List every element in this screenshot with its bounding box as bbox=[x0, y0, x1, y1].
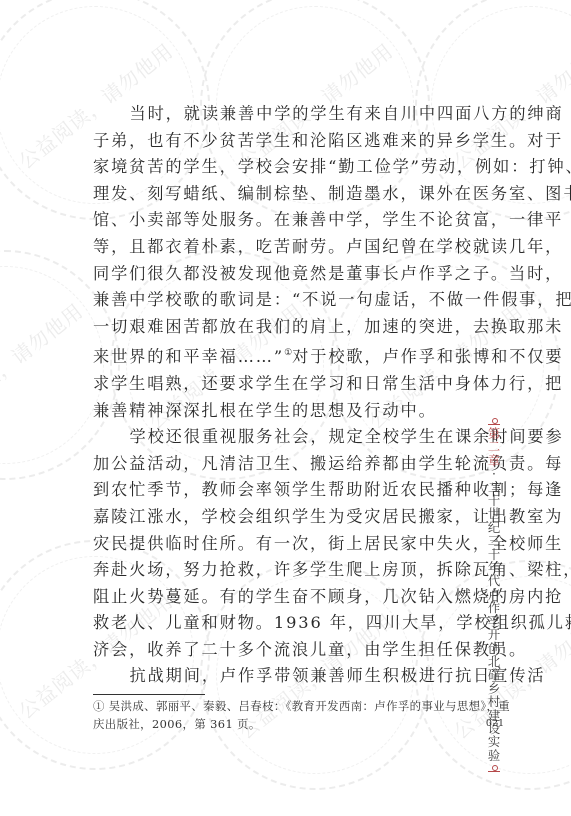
text-line: 来世界的和平幸福……”①对于校歌，卢作孚和张博和不仅要 bbox=[93, 340, 461, 371]
title-char: 村 bbox=[485, 696, 503, 709]
text-line: 当时，就读兼善中学的学生有来自川中四面八方的绅商 bbox=[93, 101, 461, 128]
title-char: 孚 bbox=[485, 616, 503, 629]
title-char: 年 bbox=[485, 562, 503, 575]
chapter-separator: · bbox=[485, 468, 503, 481]
paragraph-3: 抗战期间，卢作孚带领兼善师生积极进行抗日宣传活 bbox=[93, 663, 461, 690]
text-line: 兼善精神深深扎根在学生的思想及行动中。 bbox=[93, 398, 461, 425]
watermark-text: 公益阅读，请勿他用 bbox=[0, 295, 88, 434]
text-line: 嘉陵江涨水，学校会组织学生为受灾居民搬家，让出教室为 bbox=[93, 504, 461, 531]
text-line: 馆、小卖部等处服务。在兼善中学，学生不论贫富，一律平 bbox=[93, 207, 461, 234]
text-line: 学校还很重视服务社会，规定全校学生在课余时间要参 bbox=[93, 424, 461, 451]
title-char: 纪 bbox=[485, 522, 503, 535]
text-line: 同学们很久都没被发现他竟然是董事长卢作孚之子。当时， bbox=[93, 261, 461, 288]
title-char: 验 bbox=[485, 750, 503, 763]
text-line: 等，且都衣着朴素，吃苦耐劳。卢国纪曾在学校就读几年， bbox=[93, 234, 461, 261]
text-line: 济会，收养了二十多个流浪儿童，由学生担任保教员。 bbox=[93, 637, 461, 664]
text-continued: 对于校歌，卢作孚和张博和不仅要 bbox=[292, 347, 563, 366]
footnote-ref[interactable]: ① bbox=[284, 348, 292, 358]
text-line: 救老人、儿童和财物。1936 年，四川大旱，学校组织孤儿救 bbox=[93, 610, 461, 637]
text-line: 兼善中学校歌的歌词是：“不说一句虚话，不做一件假事，把 bbox=[93, 287, 461, 314]
title-char: 创 bbox=[485, 643, 503, 656]
title-char: 实 bbox=[485, 736, 503, 749]
title-char: 三 bbox=[485, 535, 503, 548]
paragraph-1: 当时，就读兼善中学的学生有来自川中四面八方的绅商 子弟，也有不少贫苦学生和沦陷区… bbox=[93, 101, 461, 424]
footnote: ① 吴洪成、郭丽平、秦毅、吕春枝：《教育开发西南：卢作孚的事业与思想》，重 庆出… bbox=[93, 697, 473, 733]
chapter-char: 二 bbox=[485, 441, 503, 454]
quote-end-text: 来世界的和平幸福……” bbox=[93, 347, 284, 366]
chapter-char: 第 bbox=[485, 428, 503, 441]
title-char: 世 bbox=[485, 508, 503, 521]
text-line: 抗战期间，卢作孚带领兼善师生积极进行抗日宣传活 bbox=[93, 663, 461, 690]
text-line: 奔赴火场，努力抢救，许多学生爬上房顶，拆除瓦角、梁柱， bbox=[93, 557, 461, 584]
text-line: 阻止火势蔓延。有的学生奋不顾身，几次钻入燃烧的房内抢 bbox=[93, 584, 461, 611]
title-char: 碚 bbox=[485, 669, 503, 682]
text-line: 加公益活动，凡清洁卫生、搬运给养都由学生轮流负责。每 bbox=[93, 451, 461, 478]
text-line: 家境贫苦的学生，学校会安排“勤工俭学”劳动，例如：打钟、 bbox=[93, 154, 461, 181]
text-line: 到农忙季节，教师会率领学生帮助附近农民播种收割；每逢 bbox=[93, 477, 461, 504]
text-line: 子弟，也有不少贫苦学生和沦陷区逃难来的异乡学生。对于 bbox=[93, 128, 461, 155]
page-number: 021 bbox=[483, 718, 507, 729]
paragraph-2: 学校还很重视服务社会，规定全校学生在课余时间要参 加公益活动，凡清洁卫生、搬运给… bbox=[93, 424, 461, 663]
title-char: 代 bbox=[485, 575, 503, 588]
chapter-char: 章 bbox=[485, 455, 503, 468]
title-char: 卢 bbox=[485, 589, 503, 602]
title-char: 开 bbox=[485, 629, 503, 642]
ornament-top-icon bbox=[487, 418, 501, 425]
text-line: 理发、刻写蜡纸、编制棕垫、制造墨水，课外在医务室、图书 bbox=[93, 181, 461, 208]
title-char: 北 bbox=[485, 656, 503, 669]
text-line: 求学生唱熟，还要求学生在学习和日常生活中身体力行，把 bbox=[93, 371, 461, 398]
text-line: 灾民提供临时住所。有一次，街上居民家中失火，全校师生 bbox=[93, 531, 461, 558]
footnote-line: ① 吴洪成、郭丽平、秦毅、吕春枝：《教育开发西南：卢作孚的事业与思想》，重 bbox=[93, 697, 473, 715]
ornament-bottom-icon bbox=[487, 765, 501, 772]
footnote-line: 庆出版社，2006，第 361 页。 bbox=[93, 715, 473, 733]
text-line: 一切艰难困苦都放在我们的肩上，加速的突进，去换取那未 bbox=[93, 314, 461, 341]
body-text: 当时，就读兼善中学的学生有来自川中四面八方的绅商 子弟，也有不少贫苦学生和沦陷区… bbox=[93, 101, 461, 690]
title-char: 作 bbox=[485, 602, 503, 615]
footnote-divider bbox=[93, 694, 205, 695]
